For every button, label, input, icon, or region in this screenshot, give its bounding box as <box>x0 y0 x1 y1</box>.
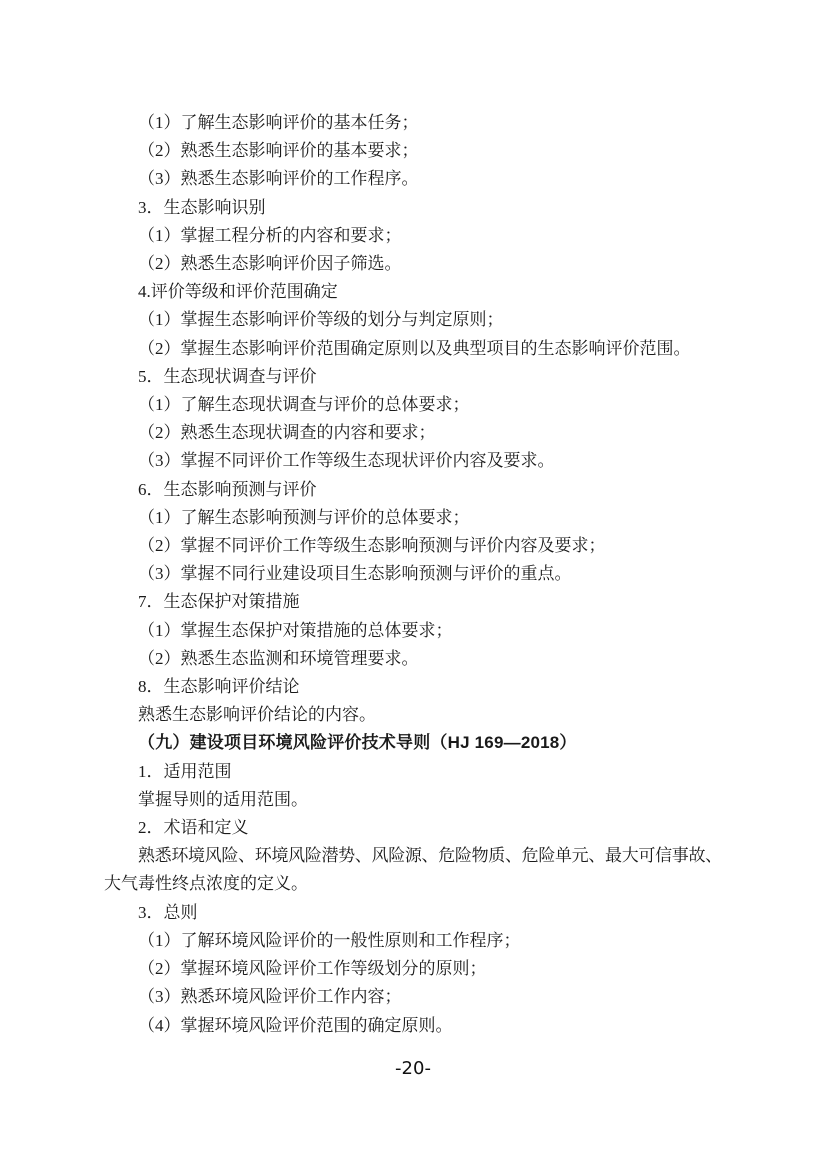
text-line: （2）熟悉生态现状调查的内容和要求； <box>104 419 722 447</box>
document-body: （1）了解生态影响评价的基本任务；（2）熟悉生态影响评价的基本要求；（3）熟悉生… <box>104 109 722 1040</box>
text-line: （3）掌握不同评价工作等级生态现状评价内容及要求。 <box>104 447 722 475</box>
text-line: （1）掌握生态影响评价等级的划分与判定原则； <box>104 306 722 334</box>
section-heading: （九）建设项目环境风险评价技术导则（HJ 169—2018） <box>104 729 722 757</box>
text-line: 熟悉生态影响评价结论的内容。 <box>104 701 722 729</box>
text-line: 熟悉环境风险、环境风险潜势、风险源、危险物质、危险单元、最大可信事故、 <box>104 842 722 870</box>
text-line: 掌握导则的适用范围。 <box>104 786 722 814</box>
text-line: 4.评价等级和评价范围确定 <box>104 278 722 306</box>
text-line: （1）掌握生态保护对策措施的总体要求； <box>104 617 722 645</box>
text-line: （4）掌握环境风险评价范围的确定原则。 <box>104 1012 722 1040</box>
text-line: 5．生态现状调查与评价 <box>104 363 722 391</box>
text-line: （3）掌握不同行业建设项目生态影响预测与评价的重点。 <box>104 560 722 588</box>
text-line: （2）熟悉生态影响评价因子筛选。 <box>104 250 722 278</box>
text-line: （3）熟悉生态影响评价的工作程序。 <box>104 165 722 193</box>
text-line: （1）了解环境风险评价的一般性原则和工作程序； <box>104 927 722 955</box>
text-line: 1．适用范围 <box>104 758 722 786</box>
text-line: （3）熟悉环境风险评价工作内容； <box>104 983 722 1011</box>
text-line: 大气毒性终点浓度的定义。 <box>104 870 722 898</box>
text-line: （2）掌握生态影响评价范围确定原则以及典型项目的生态影响评价范围。 <box>104 335 722 363</box>
text-line: 2．术语和定义 <box>104 814 722 842</box>
text-line: （2）熟悉生态监测和环境管理要求。 <box>104 645 722 673</box>
text-line: 6．生态影响预测与评价 <box>104 476 722 504</box>
text-line: （1）了解生态影响预测与评价的总体要求； <box>104 504 722 532</box>
text-line: （2）熟悉生态影响评价的基本要求； <box>104 137 722 165</box>
text-line: （1）了解生态现状调查与评价的总体要求； <box>104 391 722 419</box>
text-line: （2）掌握不同评价工作等级生态影响预测与评价内容及要求； <box>104 532 722 560</box>
document-page: （1）了解生态影响评价的基本任务；（2）熟悉生态影响评价的基本要求；（3）熟悉生… <box>0 0 826 1169</box>
text-line: 3．生态影响识别 <box>104 194 722 222</box>
text-line: 7．生态保护对策措施 <box>104 588 722 616</box>
page-number: -20- <box>0 1056 826 1082</box>
text-line: 8．生态影响评价结论 <box>104 673 722 701</box>
text-line: （2）掌握环境风险评价工作等级划分的原则； <box>104 955 722 983</box>
text-line: 3．总则 <box>104 899 722 927</box>
text-line: （1）掌握工程分析的内容和要求； <box>104 222 722 250</box>
text-line: （1）了解生态影响评价的基本任务； <box>104 109 722 137</box>
